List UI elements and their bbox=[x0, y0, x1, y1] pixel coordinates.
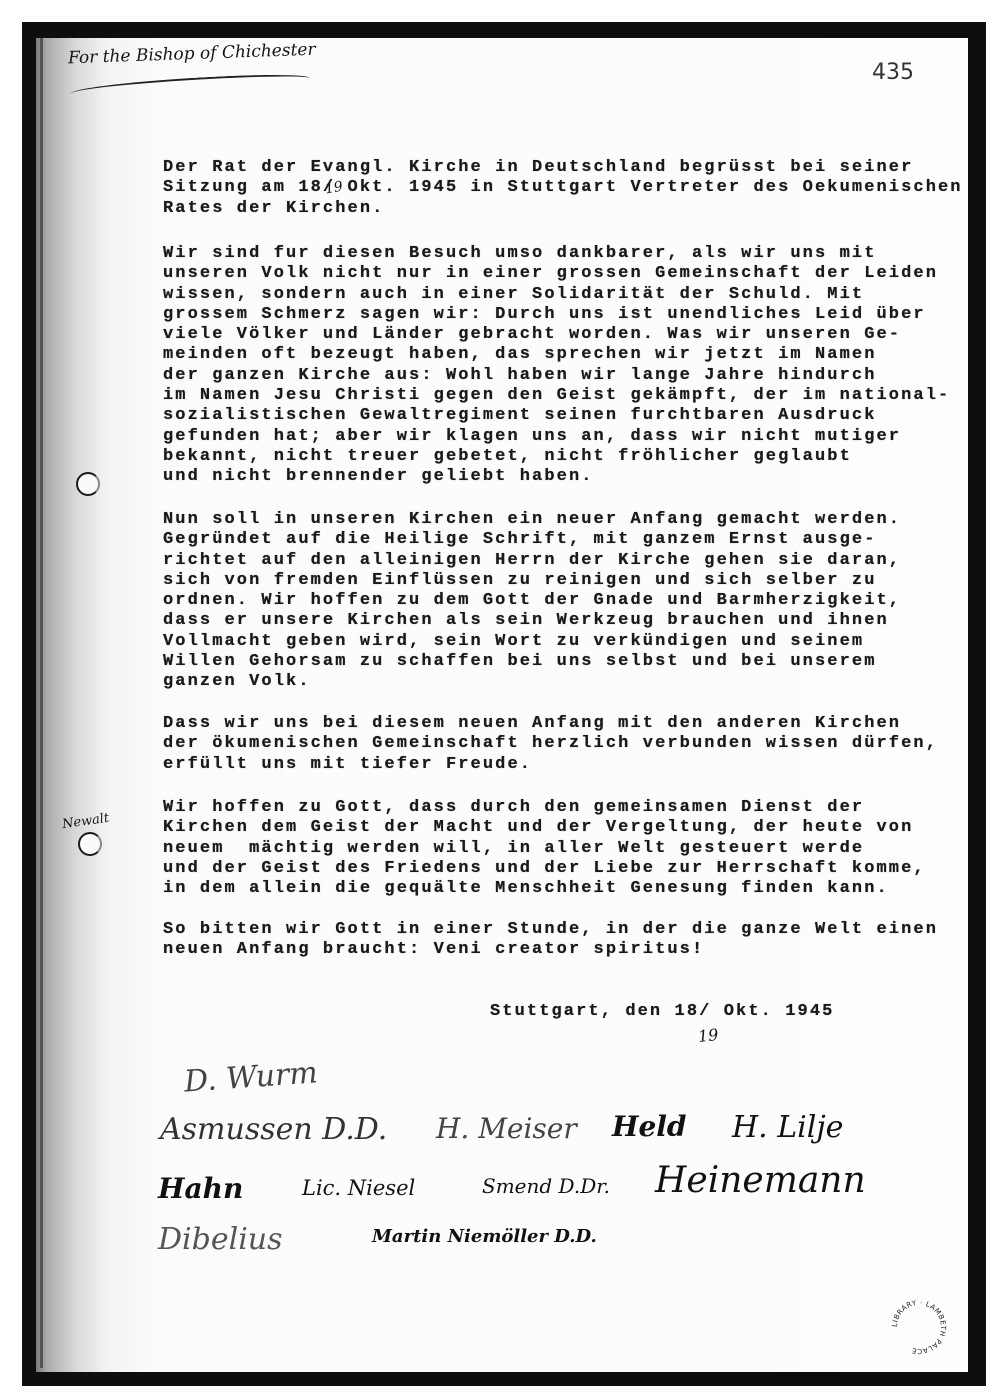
signature-meiser: H. Meiser bbox=[436, 1112, 577, 1145]
punch-hole-bottom bbox=[78, 832, 102, 856]
signature-lilje: H. Lilje bbox=[732, 1110, 843, 1145]
svg-text:LIBRARY · LAMBETH PALACE: LIBRARY · LAMBETH PALACE bbox=[891, 1299, 947, 1355]
signature-dibelius: Dibelius bbox=[158, 1222, 283, 1257]
date-line: Stuttgart, den 18/ Okt. 1945 bbox=[490, 1002, 834, 1022]
library-stamp-icon: LIBRARY · LAMBETH PALACE bbox=[890, 1298, 948, 1356]
paragraph-5: Wir hoffen zu Gott, dass durch den gemei… bbox=[163, 798, 926, 899]
signature-asmussen: Asmussen D.D. bbox=[160, 1112, 387, 1147]
paragraph-4: Dass wir uns bei diesem neuen Anfang mit… bbox=[163, 714, 938, 775]
date-correction: 19 bbox=[697, 1025, 719, 1046]
paragraph-1: Der Rat der Evangl. Kirche in Deutschlan… bbox=[163, 158, 963, 219]
punch-hole-top bbox=[76, 472, 100, 496]
paragraph-6: So bitten wir Gott in einer Stunde, in d… bbox=[163, 920, 938, 961]
inline-date-correction: 19 bbox=[324, 179, 344, 198]
signature-niesel: Lic. Niesel bbox=[302, 1176, 415, 1200]
signature-smend: Smend D.Dr. bbox=[482, 1174, 610, 1198]
signature-niemoller: Martin Niemöller D.D. bbox=[372, 1226, 597, 1247]
paragraph-2: Wir sind fur diesen Besuch umso dankbare… bbox=[163, 244, 950, 488]
page-number: 435 bbox=[872, 60, 914, 85]
paragraph-3: Nun soll in unseren Kirchen ein neuer An… bbox=[163, 510, 901, 693]
paper-edge bbox=[40, 38, 43, 1368]
signature-heinemann: Heinemann bbox=[655, 1160, 866, 1201]
signature-hahn: Hahn bbox=[158, 1172, 243, 1205]
signature-held: Held bbox=[612, 1110, 686, 1143]
